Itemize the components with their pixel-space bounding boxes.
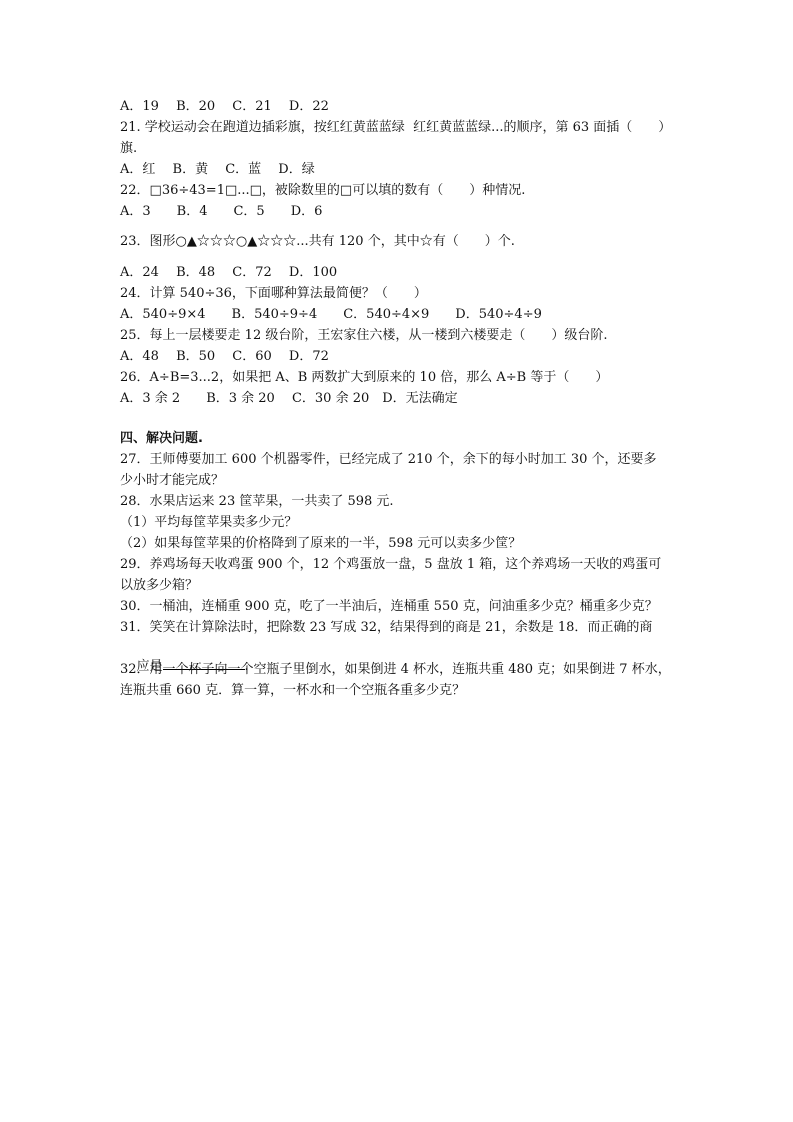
question-29: 29．养鸡场每天收鸡蛋 900 个，12 个鸡蛋放一盘，5 盘放 1 箱，这个养… <box>120 557 661 573</box>
question-28-part-1: （1）平均每筐苹果卖多少元？ <box>120 515 297 531</box>
q25-options: A．48 B．50 C．60 D．72 <box>120 349 329 365</box>
question-30: 30．一桶油，连桶重 900 克，吃了一半油后，连桶重 550 克，问油重多少克… <box>120 599 658 615</box>
question-29-continued: 以放多少箱？ <box>120 578 198 594</box>
q21-options: A．红 B．黄 C．蓝 D．绿 <box>120 162 315 178</box>
question-28-part-2: （2）如果每筐苹果的价格降到了原来的一半，598 元可以卖多少筐？ <box>120 536 521 552</box>
q20-options: A．19 B．20 C．21 D．22 <box>120 99 329 115</box>
question-32: 32．用一个杯子向一个空瓶子里倒水，如果倒进 4 杯水，连瓶共重 480 克；如… <box>120 662 671 678</box>
q22-options: A．3 B．4 C．5 D．6 <box>120 204 322 220</box>
question-23: 23．图形○▲☆☆☆○▲☆☆☆...共有 120 个，其中☆有（ ）个. <box>120 234 515 250</box>
question-25: 25．每上一层楼要走 12 级台阶，王宏家住六楼，从一楼到六楼要走（ ）级台阶. <box>120 328 607 344</box>
question-21-continued: 旗. <box>120 141 137 157</box>
question-27-continued: 少小时才能完成？ <box>120 473 224 489</box>
question-26: 26．A÷B=3...2，如果把 A、B 两数扩大到原来的 10 倍，那么 A÷… <box>120 370 608 386</box>
question-28: 28．水果店运来 23 筐苹果，一共卖了 598 元. <box>120 494 394 510</box>
q24-options: A．540÷9×4 B．540÷9÷4 C．540÷4×9 D．540÷4÷9 <box>120 307 542 323</box>
q26-options: A．3 余 2 B．3 余 20 C．30 余 20 D．无法确定 <box>120 391 458 407</box>
document-page: A．19 B．20 C．21 D．22 21. 学校运动会在跑道边插彩旗，按红红… <box>0 0 793 1122</box>
question-32-continued: 连瓶共重 660 克．算一算，一杯水和一个空瓶各重多少克？ <box>120 683 465 699</box>
question-22: 22．□36÷43=1□...□，被除数里的□可以填的数有（ ）种情况. <box>120 183 525 199</box>
q23-options: A．24 B．48 C．72 D．100 <box>120 265 337 281</box>
question-27: 27．王师傅要加工 600 个机器零件，已经完成了 210 个，余下的每小时加工… <box>120 452 657 468</box>
question-31: 31．笑笑在计算除法时，把除数 23 写成 32，结果得到的商是 21，余数是 … <box>120 620 652 636</box>
section-4-heading: 四、解决问题. <box>120 431 203 447</box>
question-21: 21. 学校运动会在跑道边插彩旗，按红红黄蓝蓝绿 红红黄蓝蓝绿...的顺序，第 … <box>120 120 671 136</box>
question-24: 24．计算 540÷36，下面哪种算法最简便？（ ） <box>120 286 427 302</box>
